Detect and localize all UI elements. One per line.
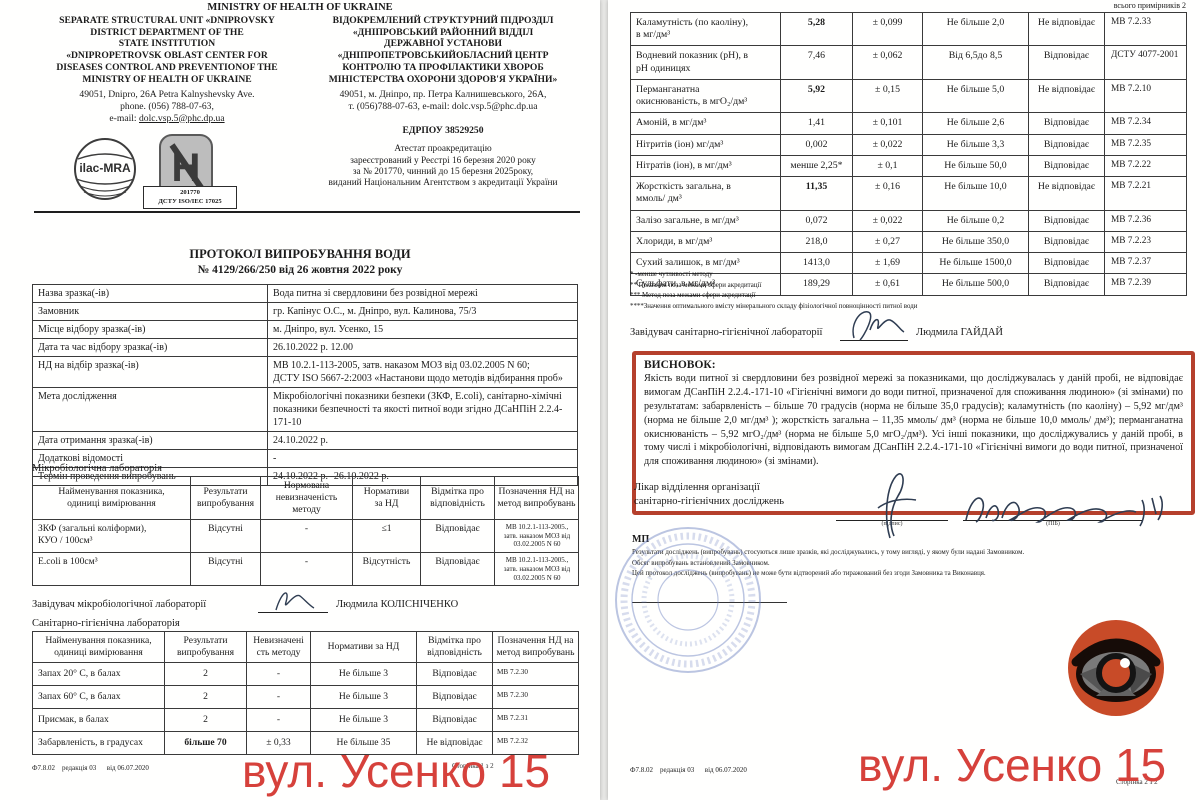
method-cell: МВ 7.2.34 [1105, 113, 1187, 134]
org-email-en: e-mail: dolc.vsp.5@phc.dp.ua [34, 113, 300, 125]
method-cell: МВ 7.2.39 [1105, 274, 1187, 295]
parameter-cell: Присмак, в балах [33, 708, 165, 731]
table-row: Присмак, в балах 2 - Не більше 3 Відпові… [33, 708, 579, 731]
table-row: Амоній, в мг/дм³ 1,41 ± 0,101 Не більше … [631, 113, 1187, 134]
column-header: Нормативи за НД [311, 632, 417, 663]
parameter-cell: E.coli в 100см³ [33, 553, 191, 586]
table-row: Замовник гр. Капінус О.С., м. Дніпро, ву… [33, 303, 578, 321]
compliance-cell: Не відповідає [1029, 13, 1105, 46]
table-row: Запах 20° С, в балах 2 - Не більше 3 Від… [33, 662, 579, 685]
parameter-cell: Хлориди, в мг/дм³ [631, 231, 781, 252]
uncertainty-cell: ± 0,022 [853, 134, 923, 155]
uncertainty-cell: - [247, 708, 311, 731]
parameter-cell: Залізо загальне, в мг/дм³ [631, 210, 781, 231]
org-name-ua: ВІДОКРЕМЛЕНИЙ СТРУКТУРНИЙ ПІДРОЗДІЛ «ДНІ… [302, 15, 584, 85]
letterhead-top-line: MINISTRY OF HEALTH OF UKRAINE [0, 2, 600, 13]
info-value: м. Дніпро, вул. Усенко, 15 [268, 321, 578, 339]
san-lab-table: Найменування показника, одиниці вимірюва… [32, 631, 579, 755]
column-header: Позначення НД на метод випробувань [495, 477, 579, 520]
compliance-cell: Відповідає [1029, 46, 1105, 79]
compliance-cell: Відповідає [421, 553, 495, 586]
info-value: 24.10.2022 р. [268, 432, 578, 450]
signature-icon [846, 306, 906, 342]
table-row: Водневий показник (рН), в рН одиницях 7,… [631, 46, 1187, 79]
info-label: Дата отримання зразка(-ів) [33, 432, 268, 450]
column-header: Нормована невизначеність методу [261, 477, 353, 520]
uncertainty-cell: - [247, 685, 311, 708]
method-cell: МВ 7.2.30 [493, 685, 579, 708]
norm-cell: Не більше 50,0 [923, 155, 1029, 176]
accreditation-note: Атестат проакредитацію зареєстрований у … [302, 144, 584, 189]
norm-cell: Не більше 350,0 [923, 231, 1029, 252]
table-row: Запах 60° С, в балах 2 - Не більше 3 Від… [33, 685, 579, 708]
result-cell: менше 2,25* [781, 155, 853, 176]
table-row: Дата та час відбору зразка(-ів) 26.10.20… [33, 339, 578, 357]
table-row: Перманганатна окиснюваність, в мгО₂/дм³ … [631, 79, 1187, 112]
parameter-cell: Нітратів (іон), в мг/дм³ [631, 155, 781, 176]
address-overlay-stamp: вул. Усенко 15 [858, 738, 1166, 792]
result-cell: 5,92 [781, 79, 853, 112]
uncertainty-cell: ± 0,1 [853, 155, 923, 176]
uncertainty-cell: ± 0,27 [853, 231, 923, 252]
parameter-cell: Запах 60° С, в балах [33, 685, 165, 708]
norm-cell: Не більше 2,6 [923, 113, 1029, 134]
page-left: MINISTRY OF HEALTH OF UKRAINE SEPARATE S… [0, 0, 600, 800]
norm-cell: Не більше 3 [311, 662, 417, 685]
letterhead-english: SEPARATE STRUCTURAL UNIT «DNIPROVSKY DIS… [34, 15, 300, 124]
method-cell: МВ 10.2.1-113-2005., затв. наказом МОЗ в… [495, 553, 579, 586]
compliance-cell: Відповідає [417, 685, 493, 708]
norm-cell: Не більше 2,0 [923, 13, 1029, 46]
method-cell: МВ 7.2.31 [493, 708, 579, 731]
san-head-label: Завідувач санітарно-гігієнічної лаборато… [630, 327, 822, 338]
page-right: всього примірників 2 Каламутність (по ка… [608, 0, 1200, 800]
san-head-signature-row: Завідувач санітарно-гігієнічної лаборато… [630, 327, 822, 338]
uncertainty-cell: ± 0,099 [853, 13, 923, 46]
info-label: Назва зразка(-ів) [33, 285, 268, 303]
table-row: Каламутність (по каоліну), в мг/дм³ 5,28… [631, 13, 1187, 46]
parameter-cell: Жорсткість загальна, в ммоль/ дм³ [631, 177, 781, 210]
method-cell: ДСТУ 4077-2001 [1105, 46, 1187, 79]
table-row: Мета дослідження Мікробіологічні показни… [33, 388, 578, 432]
certificate-box: 201770 ДСТУ ISO/IEC 17025 [143, 186, 237, 209]
uncertainty-cell: - [261, 519, 353, 552]
table-header-row: Найменування показника, одиниці вимірюва… [33, 477, 579, 520]
parameter-cell: Нітритів (іон) мг/дм³ [631, 134, 781, 155]
method-cell: МВ 7.2.35 [1105, 134, 1187, 155]
uncertainty-cell: ± 0,16 [853, 177, 923, 210]
table-row: Нітритів (іон) мг/дм³ 0,002 ± 0,022 Не б… [631, 134, 1187, 155]
parameter-cell: Перманганатна окиснюваність, в мгО₂/дм³ [631, 79, 781, 112]
micro-lab-table: Найменування показника, одиниці вимірюва… [32, 476, 579, 586]
result-cell: 218,0 [781, 231, 853, 252]
method-cell: МВ 7.2.23 [1105, 231, 1187, 252]
copies-note: всього примірників 2 [1114, 1, 1186, 10]
norm-cell: Не більше 1500,0 [923, 253, 1029, 274]
compliance-cell: Відповідає [417, 708, 493, 731]
chemical-results-table: Каламутність (по каоліну), в мг/дм³ 5,28… [630, 12, 1187, 296]
table-row: Жорсткість загальна, в ммоль/ дм³ 11,35 … [631, 177, 1187, 210]
info-value: - [268, 450, 578, 468]
info-value: 26.10.2022 р. 12.00 [268, 339, 578, 357]
column-header: Найменування показника, одиниці вимірюва… [33, 632, 165, 663]
compliance-cell: Відповідає [1029, 155, 1105, 176]
micro-head-name: Людмила КОЛІСНІЧЕНКО [336, 599, 458, 610]
compliance-cell: Не відповідає [1029, 177, 1105, 210]
uncertainty-cell: ± 0,15 [853, 79, 923, 112]
result-cell: більше 70 [165, 731, 247, 754]
result-cell: Відсутні [191, 519, 261, 552]
eye-logo-icon [1066, 618, 1166, 718]
info-value: Мікробіологічні показники безпеки (ЗКФ, … [268, 388, 578, 432]
result-cell: 2 [165, 685, 247, 708]
parameter-cell: Водневий показник (рН), в рН одиницях [631, 46, 781, 79]
table-row: НД на відбір зразка(-ів) МВ 10.2.1-113-2… [33, 357, 578, 388]
parameter-cell: Каламутність (по каоліну), в мг/дм³ [631, 13, 781, 46]
round-seal-stamp-icon [608, 520, 768, 680]
info-label: Мета дослідження [33, 388, 268, 432]
uncertainty-cell: - [247, 662, 311, 685]
result-cell: 0,002 [781, 134, 853, 155]
result-cell: 5,28 [781, 13, 853, 46]
table-row: Місце відбору зразка(-ів) м. Дніпро, вул… [33, 321, 578, 339]
norm-cell: Відсутність [353, 553, 421, 586]
letterhead-divider [34, 211, 580, 213]
info-value: Вода питна зі свердловини без розвідної … [268, 285, 578, 303]
result-cell: 0,072 [781, 210, 853, 231]
email-text: dolc.vsp.5@phc.dp.ua [139, 113, 225, 124]
method-cell: МВ 7.2.21 [1105, 177, 1187, 210]
result-cell: 2 [165, 708, 247, 731]
info-label: Замовник [33, 303, 268, 321]
parameter-cell: Амоній, в мг/дм³ [631, 113, 781, 134]
org-address-ua: 49051, м. Дніпро, пр. Петра Калнишевсько… [302, 89, 584, 112]
ilac-mra-logo-icon: ilac-MRA [72, 136, 138, 202]
method-cell: МВ 7.2.33 [1105, 13, 1187, 46]
san-head-name: Людмила ГАЙДАЙ [916, 327, 1003, 338]
compliance-cell: Відповідає [1029, 210, 1105, 231]
email-prefix: e-mail: [109, 113, 139, 124]
result-cell: 1,41 [781, 113, 853, 134]
address-overlay-stamp: вул. Усенко 15 [242, 744, 550, 798]
form-code-footer: Ф7.8.02 редакція 03 від 06.07.2020 [630, 766, 747, 774]
compliance-cell: Відповідає [421, 519, 495, 552]
info-label: НД на відбір зразка(-ів) [33, 357, 268, 388]
method-cell: МВ 7.2.37 [1105, 253, 1187, 274]
table-header-row: Найменування показника, одиниці вимірюва… [33, 632, 579, 663]
form-code-footer: Ф7.8.02 редакція 03 від 06.07.2020 [32, 764, 149, 772]
conclusion-title: ВИСНОВОК: [644, 359, 1183, 371]
table-row: Назва зразка(-ів) Вода питна зі свердлов… [33, 285, 578, 303]
micro-lab-section-label: Мікробіологічна лабораторія [32, 463, 162, 474]
compliance-cell: Відповідає [417, 662, 493, 685]
column-header: Відмітка про відповідність [417, 632, 493, 663]
org-name-en: SEPARATE STRUCTURAL UNIT «DNIPROVSKY DIS… [34, 15, 300, 85]
parameter-cell: Запах 20° С, в балах [33, 662, 165, 685]
column-header: Позначення НД на метод випробувань [493, 632, 579, 663]
column-header: Невизначені сть методу [247, 632, 311, 663]
result-cell: 7,46 [781, 46, 853, 79]
document-number: № 4129/266/250 від 26 жовтня 2022 року [0, 264, 600, 276]
compliance-cell: Відповідає [1029, 113, 1105, 134]
table-row: Хлориди, в мг/дм³ 218,0 ± 0,27 Не більше… [631, 231, 1187, 252]
method-cell: МВ 7.2.22 [1105, 155, 1187, 176]
uncertainty-cell: ± 0,062 [853, 46, 923, 79]
column-header: Нормативи за НД [353, 477, 421, 520]
result-cell: Відсутні [191, 553, 261, 586]
column-header: Результати випробування [191, 477, 261, 520]
norm-cell: Не більше 0,2 [923, 210, 1029, 231]
compliance-cell: Відповідає [1029, 253, 1105, 274]
uncertainty-cell: ± 0,101 [853, 113, 923, 134]
table-row: Нітратів (іон), в мг/дм³ менше 2,25* ± 0… [631, 155, 1187, 176]
san-lab-section-label: Санітарно-гігієнічна лабораторія [32, 618, 180, 629]
method-cell: МВ 7.2.10 [1105, 79, 1187, 112]
norm-cell: Не більше 3 [311, 708, 417, 731]
doctor-label: Лікар відділення організації санітарно-г… [634, 481, 784, 508]
table-row: Залізо загальне, в мг/дм³ 0,072 ± 0,022 … [631, 210, 1187, 231]
letterhead-ukrainian: ВІДОКРЕМЛЕНИЙ СТРУКТУРНИЙ ПІДРОЗДІЛ «ДНІ… [302, 15, 584, 190]
norm-cell: ≤1 [353, 519, 421, 552]
info-value: МВ 10.2.1-113-2005, затв. наказом МОЗ ві… [268, 357, 578, 388]
norm-cell: Не більше 3,3 [923, 134, 1029, 155]
compliance-cell: Не відповідає [1029, 79, 1105, 112]
column-header: Результати випробування [165, 632, 247, 663]
table-row: E.coli в 100см³ Відсутні - Відсутність В… [33, 553, 579, 586]
method-cell: МВ 10.2.1-113-2005., затв. наказом МОЗ в… [495, 519, 579, 552]
uncertainty-cell: ± 0,022 [853, 210, 923, 231]
parameter-cell: ЗКФ (загальні коліформи), КУО / 100см³ [33, 519, 191, 552]
column-header: Найменування показника, одиниці вимірюва… [33, 477, 191, 520]
norm-cell: Не більше 3 [311, 685, 417, 708]
info-value: гр. Капінус О.С., м. Дніпро, вул. Калино… [268, 303, 578, 321]
column-header: Відмітка про відповідність [421, 477, 495, 520]
conclusion-text: Якість води питної зі свердловини без ро… [644, 372, 1183, 469]
org-address-en: 49051, Dnipro, 26A Petra Kalnyshevsky Av… [34, 89, 300, 112]
micro-head-label: Завідувач мікробіологічної лабораторії [32, 599, 206, 610]
compliance-cell: Відповідає [1029, 274, 1105, 295]
svg-text:ilac-MRA: ilac-MRA [79, 161, 131, 175]
info-label: Дата та час відбору зразка(-ів) [33, 339, 268, 357]
sample-info-table: Назва зразка(-ів) Вода питна зі свердлов… [32, 284, 578, 486]
result-cell: 11,35 [781, 177, 853, 210]
norm-cell: Від 6,5до 8,5 [923, 46, 1029, 79]
signature-icon [960, 480, 1170, 530]
info-label: Місце відбору зразка(-ів) [33, 321, 268, 339]
norm-cell: Не більше 500,0 [923, 274, 1029, 295]
uncertainty-cell: - [261, 553, 353, 586]
compliance-cell: Відповідає [1029, 231, 1105, 252]
method-cell: МВ 7.2.30 [493, 662, 579, 685]
table-row: ЗКФ (загальні коліформи), КУО / 100см³ В… [33, 519, 579, 552]
compliance-cell: Відповідає [1029, 134, 1105, 155]
parameter-cell: Забарвленість, в градусах [33, 731, 165, 754]
norm-cell: Не більше 5,0 [923, 79, 1029, 112]
table-row: Дата отримання зразка(-ів) 24.10.2022 р. [33, 432, 578, 450]
signature-icon [270, 586, 316, 614]
edrpou-code: ЕДРПОУ 38529250 [302, 125, 584, 137]
signature-icon [870, 470, 920, 542]
result-cell: 2 [165, 662, 247, 685]
method-cell: МВ 7.2.36 [1105, 210, 1187, 231]
norm-cell: Не більше 10,0 [923, 177, 1029, 210]
micro-head-signature-row: Завідувач мікробіологічної лабораторії [32, 599, 206, 610]
document-title: ПРОТОКОЛ ВИПРОБУВАННЯ ВОДИ [0, 247, 600, 262]
